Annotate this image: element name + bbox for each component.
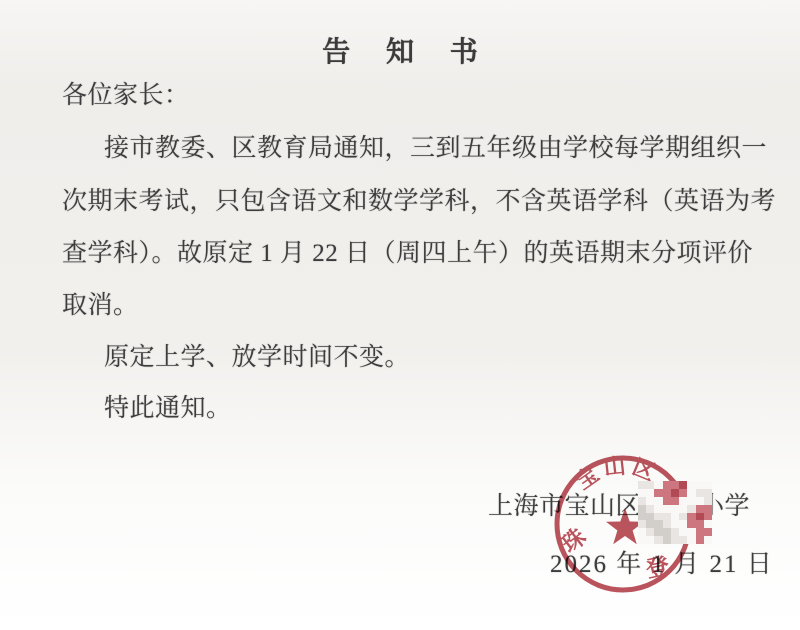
document-title: 告 知 书	[0, 30, 800, 70]
body-line-1: 接市教委、区教育局通知，三到五年级由学校每学期组织一	[104, 135, 767, 164]
body-line-2: 次期末考试，只包含语文和数学学科，不含英语学科（英语为考	[62, 188, 776, 217]
salutation: 各位家长：	[62, 82, 190, 111]
notice-document: 告 知 书 各位家长： 接市教委、区教育局通知，三到五年级由学校每学期组织一 次…	[0, 0, 800, 630]
seal-char-bottom: 登	[643, 552, 672, 582]
censor-mosaic	[638, 481, 712, 544]
paragraph-schedule: 原定上学、放学时间不变。	[104, 344, 410, 373]
body-line-3: 查学科）。故原定 1 月 22 日（周四上午）的英语期末分项评价	[62, 240, 753, 269]
paragraph-closing: 特此通知。	[104, 395, 232, 424]
body-line-4: 取消。	[62, 292, 139, 321]
